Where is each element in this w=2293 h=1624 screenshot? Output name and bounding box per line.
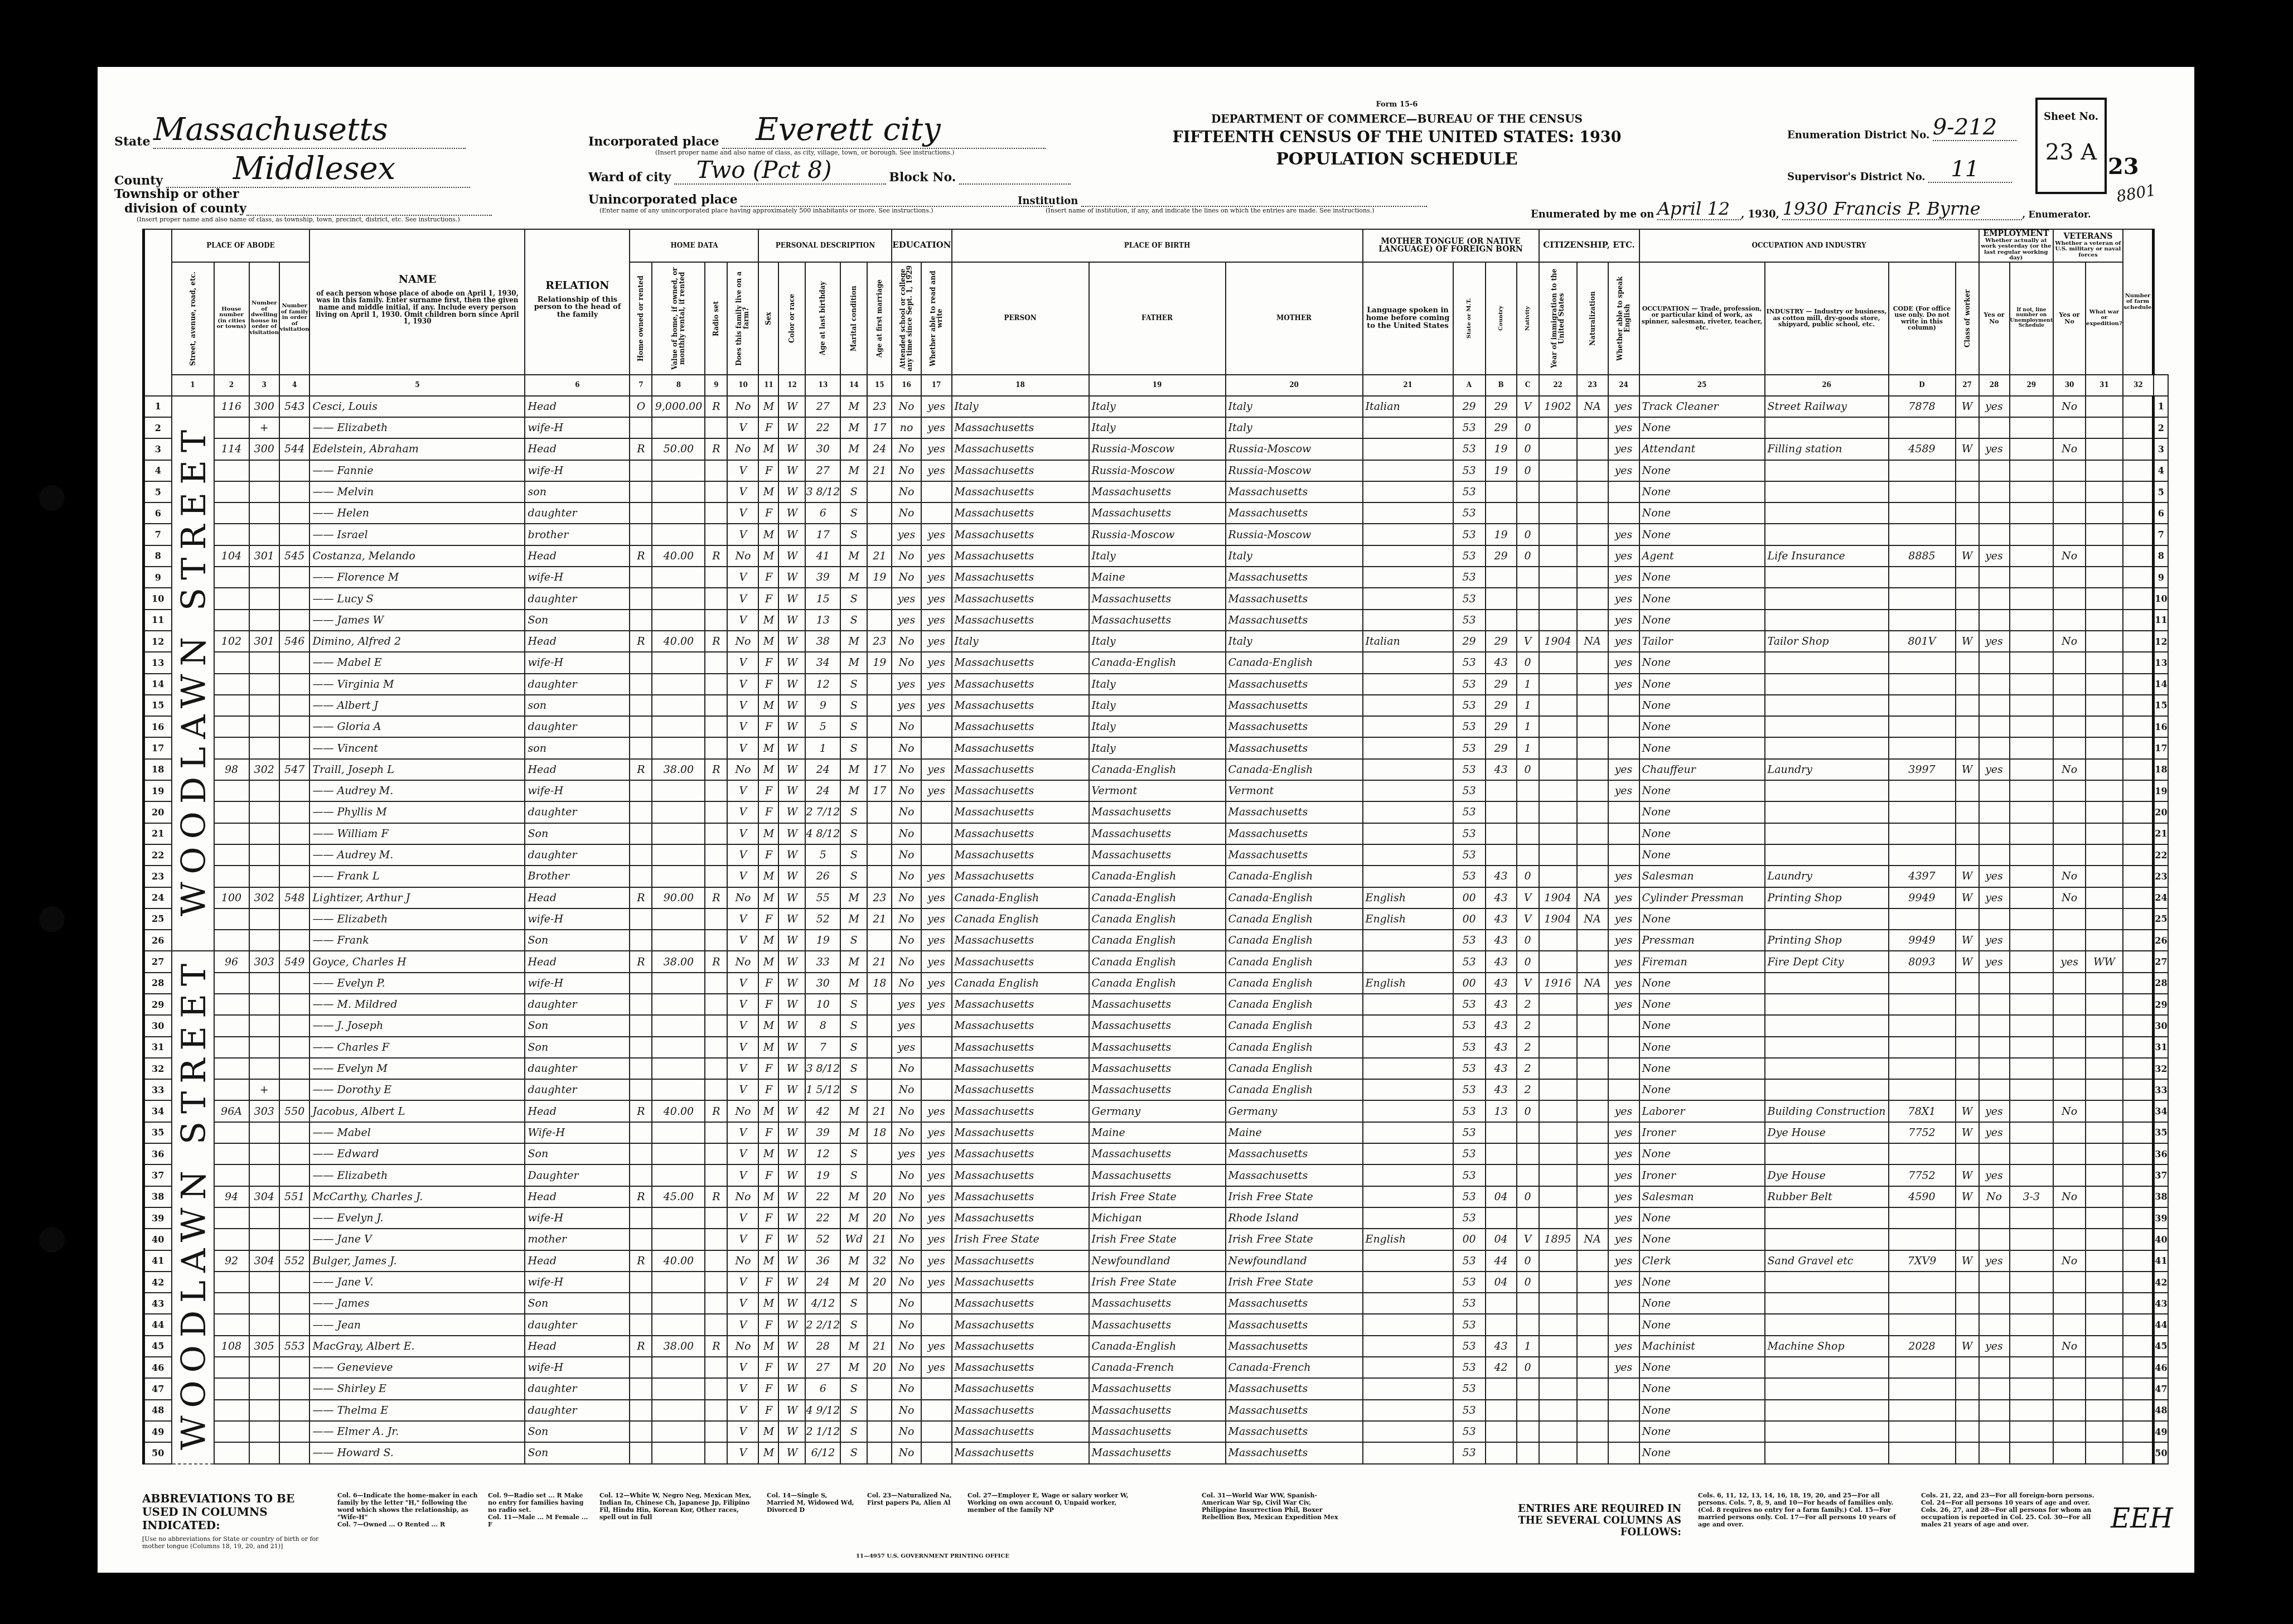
cell-code-a: 00 (1453, 1229, 1486, 1250)
cell-industry (1765, 1272, 1889, 1293)
cell-father: Italy (1089, 417, 1226, 438)
cell-industry (1765, 994, 1889, 1015)
cell-school: No (892, 930, 921, 951)
cell-age: 27 (805, 1357, 840, 1378)
cell-vet (2053, 1378, 2086, 1399)
cell-worker-class (1956, 1037, 1979, 1058)
cell-code-c: V (1517, 631, 1539, 652)
cell-owned: O (630, 396, 652, 417)
cell-name: Jacobus, Albert L (309, 1100, 525, 1122)
cell-father: Canada-English (1089, 1336, 1226, 1357)
column-number: 20 (1226, 375, 1363, 396)
cell-farm: V (727, 737, 758, 758)
cell-immigration (1539, 780, 1577, 801)
cell-read: yes (921, 994, 952, 1015)
cell-radio (705, 460, 727, 481)
cell-marital: M (840, 1250, 867, 1272)
cell-birth: Massachusetts (952, 545, 1089, 567)
cell-race: W (778, 1421, 805, 1442)
cell-employed (1979, 823, 2010, 844)
cell-race: W (778, 1100, 805, 1122)
cell-naturalization (1577, 866, 1608, 887)
cell-naturalization (1577, 801, 1608, 823)
table-row: 30—— J. JosephSonVMW8SyesMassachusettsMa… (144, 1015, 2168, 1036)
cell-emp-line (2010, 844, 2054, 866)
header-english: Whether able to speak English (1608, 262, 1639, 375)
header-worker-class: Class of worker (1956, 262, 1979, 375)
cell-naturalization (1577, 1293, 1608, 1314)
cell-birth: Irish Free State (952, 1229, 1089, 1250)
cell-age: 39 (805, 567, 840, 588)
cell-house (214, 652, 249, 673)
cell-tongue (1363, 567, 1453, 588)
cell-mother: Italy (1226, 396, 1363, 417)
cell-worker-class (1956, 460, 1979, 481)
cell-house (214, 1207, 249, 1229)
cell-mother: Canada English (1226, 1058, 1363, 1079)
line-number: 3 (144, 438, 172, 460)
cell-farm: V (727, 652, 758, 673)
cell-code-b: 19 (1486, 524, 1517, 545)
cell-read: yes (921, 1122, 952, 1143)
cell-dwelling (249, 1272, 280, 1293)
cell-house (214, 930, 249, 951)
cell-father: Canada English (1089, 951, 1226, 972)
table-row: 42—— Jane V.wife-HVFW24M20NoyesMassachus… (144, 1272, 2168, 1293)
block-label: Block No. (889, 170, 956, 185)
cell-marital: M (840, 1186, 867, 1207)
cell-race: W (778, 801, 805, 823)
cell-code-b: 29 (1486, 396, 1517, 417)
cell-employed (1979, 524, 2010, 545)
cell-tongue: Italian (1363, 631, 1453, 652)
cell-emp-line (2010, 973, 2054, 994)
cell-english (1608, 1037, 1639, 1058)
cell-relation: Head (525, 545, 630, 567)
cell-industry: Dye House (1765, 1122, 1889, 1143)
cell-value: 40.00 (652, 1100, 705, 1122)
cell-birth: Massachusetts (952, 801, 1089, 823)
cell-mother: Massachusetts (1226, 716, 1363, 737)
cell-age-marriage (867, 1037, 892, 1058)
cell-value: 45.00 (652, 1186, 705, 1207)
cell-read: yes (921, 610, 952, 631)
cell-birth: Massachusetts (952, 1421, 1089, 1442)
cell-name: MacGray, Albert E. (309, 1336, 525, 1357)
cell-sex: M (758, 1186, 778, 1207)
table-row: 39—— Evelyn J.wife-HVFW22M20NoyesMassach… (144, 1207, 2168, 1229)
cell-code-a: 53 (1453, 438, 1486, 460)
cell-vet-war (2086, 1207, 2123, 1229)
cell-birth: Massachusetts (952, 930, 1089, 951)
cell-radio (705, 1378, 727, 1399)
cell-marital: S (840, 930, 867, 951)
cell-house (214, 1229, 249, 1250)
cell-name: —— James W (309, 610, 525, 631)
cell-immigration (1539, 695, 1577, 716)
cell-tongue (1363, 1378, 1453, 1399)
cell-code-c: V (1517, 973, 1539, 994)
cell-value (652, 524, 705, 545)
cell-age-marriage (867, 502, 892, 524)
cell-race: W (778, 716, 805, 737)
cell-owned (630, 1015, 652, 1036)
cell-mother: Massachusetts (1226, 1143, 1363, 1164)
cell-school: No (892, 1100, 921, 1122)
cell-farm-sched (2123, 674, 2154, 695)
line-number: 1 (144, 396, 172, 417)
line-number: 27 (144, 951, 172, 972)
cell-worker-class (1956, 567, 1979, 588)
cell-vet-war (2086, 1229, 2123, 1250)
cell-age-marriage: 21 (867, 545, 892, 567)
cell-radio (705, 674, 727, 695)
cell-name: —— Elizabeth (309, 908, 525, 930)
cell-vet (2053, 1357, 2086, 1378)
cell-occ-code (1889, 1357, 1956, 1378)
cell-age-marriage: 19 (867, 652, 892, 673)
table-row: 31—— Charles FSonVMW7SyesMassachusettsMa… (144, 1037, 2168, 1058)
cell-tongue (1363, 1400, 1453, 1421)
column-number: 31 (2086, 375, 2123, 396)
cell-industry (1765, 460, 1889, 481)
cell-relation: Brother (525, 866, 630, 887)
cell-read (921, 823, 952, 844)
cell-dwelling (249, 652, 280, 673)
table-row: 1WOODLAWN STREET116300543Cesci, LouisHea… (144, 396, 2168, 417)
cell-radio (705, 567, 727, 588)
table-row: 33+—— Dorothy EdaughterVFW1 5/12SNoMassa… (144, 1079, 2168, 1100)
header-sex: Sex (758, 262, 778, 375)
cell-birth: Massachusetts (952, 1207, 1089, 1229)
cell-radio (705, 973, 727, 994)
cell-house (214, 695, 249, 716)
cell-sex: F (758, 417, 778, 438)
cell-farm: V (727, 481, 758, 502)
stamp-number: 23 (2108, 153, 2139, 180)
cell-school: No (892, 844, 921, 866)
cell-age: 17 (805, 524, 840, 545)
cell-mother: Canada-English (1226, 866, 1363, 887)
table-row: 10—— Lucy SdaughterVFW15SyesyesMassachus… (144, 588, 2168, 609)
cell-owned (630, 1079, 652, 1100)
cell-industry (1765, 1378, 1889, 1399)
cell-marital: S (840, 1442, 867, 1463)
cell-marital: S (840, 1143, 867, 1164)
line-number-header (144, 229, 172, 396)
table-row: 37—— ElizabethDaughterVFW19SNoyesMassach… (144, 1164, 2168, 1186)
cell-naturalization (1577, 1037, 1608, 1058)
cell-code-c (1517, 1143, 1539, 1164)
cell-naturalization (1577, 844, 1608, 866)
cell-relation: daughter (525, 502, 630, 524)
cell-owned (630, 1143, 652, 1164)
line-number-right: 4 (2154, 460, 2168, 481)
cell-immigration (1539, 502, 1577, 524)
cell-worker-class (1956, 1229, 1979, 1250)
column-number: 18 (952, 375, 1089, 396)
cell-tongue (1363, 417, 1453, 438)
cell-school: No (892, 1336, 921, 1357)
cell-father: Massachusetts (1089, 1421, 1226, 1442)
cell-house (214, 481, 249, 502)
cell-name: —— Elmer A. Jr. (309, 1421, 525, 1442)
column-number: 22 (1539, 375, 1577, 396)
cell-value: 38.00 (652, 951, 705, 972)
cell-code-b: 04 (1486, 1186, 1517, 1207)
cell-farm: V (727, 973, 758, 994)
cell-marital: S (840, 1079, 867, 1100)
cell-english: yes (1608, 674, 1639, 695)
cell-tongue (1363, 994, 1453, 1015)
cell-immigration (1539, 951, 1577, 972)
cell-farm: V (727, 908, 758, 930)
cell-occ-code: 9949 (1889, 887, 1956, 908)
cell-radio: R (705, 545, 727, 567)
cell-code-c (1517, 1442, 1539, 1463)
cell-occ-code (1889, 417, 1956, 438)
cell-age: 30 (805, 438, 840, 460)
cell-immigration (1539, 823, 1577, 844)
cell-english (1608, 1079, 1639, 1100)
cell-worker-class (1956, 652, 1979, 673)
cell-age: 26 (805, 866, 840, 887)
cell-dwelling: 303 (249, 951, 280, 972)
cell-employed (1979, 1143, 2010, 1164)
census-sheet: State Massachusetts County Middlesex Tow… (98, 67, 2194, 1573)
cell-naturalization (1577, 1186, 1608, 1207)
cell-vet-war (2086, 801, 2123, 823)
cell-mother: Vermont (1226, 780, 1363, 801)
cell-father: Massachusetts (1089, 481, 1226, 502)
cell-birth: Massachusetts (952, 866, 1089, 887)
cell-race: W (778, 481, 805, 502)
cell-code-c: 0 (1517, 1100, 1539, 1122)
cell-vet (2053, 1442, 2086, 1463)
cell-vet-war (2086, 1336, 2123, 1357)
cell-emp-line (2010, 737, 2054, 758)
sheet-value: 23 A (2038, 139, 2105, 165)
cell-worker-class (1956, 1207, 1979, 1229)
cell-school: No (892, 1207, 921, 1229)
cell-birth: Massachusetts (952, 695, 1089, 716)
header-education: EDUCATION (892, 229, 951, 262)
cell-radio: R (705, 759, 727, 780)
cell-age: 3 8/12 (805, 1058, 840, 1079)
cell-vet: No (2053, 1186, 2086, 1207)
cell-name: Edelstein, Abraham (309, 438, 525, 460)
cell-relation: Head (525, 396, 630, 417)
cell-marital: M (840, 417, 867, 438)
cell-mother: Canada English (1226, 951, 1363, 972)
column-number: D (1889, 375, 1956, 396)
cell-sex: F (758, 1378, 778, 1399)
table-row: 4192304552Bulger, James J.HeadR40.00NoMW… (144, 1250, 2168, 1272)
line-number: 17 (144, 737, 172, 758)
cell-mother: Canada-English (1226, 887, 1363, 908)
line-number: 9 (144, 567, 172, 588)
cell-school: No (892, 1314, 921, 1335)
cell-age-marriage (867, 1442, 892, 1463)
cell-immigration (1539, 674, 1577, 695)
cell-industry (1765, 1442, 1889, 1463)
cell-occ-code (1889, 588, 1956, 609)
cell-house (214, 1037, 249, 1058)
cell-dwelling: 300 (249, 396, 280, 417)
cell-immigration (1539, 844, 1577, 866)
cell-owned (630, 481, 652, 502)
cell-family (279, 417, 309, 438)
cell-code-b: 43 (1486, 973, 1517, 994)
cell-immigration (1539, 567, 1577, 588)
cell-worker-class (1956, 417, 1979, 438)
cell-tongue (1363, 1250, 1453, 1272)
cell-read: yes (921, 866, 952, 887)
cell-code-c: 1 (1517, 1336, 1539, 1357)
cell-house (214, 1143, 249, 1164)
cell-relation: Son (525, 1037, 630, 1058)
cell-mother: Newfoundland (1226, 1250, 1363, 1272)
ward-label: Ward of city (588, 170, 671, 185)
cell-family (279, 1122, 309, 1143)
cell-emp-line (2010, 1207, 2054, 1229)
cell-race: W (778, 1229, 805, 1250)
cell-tongue (1363, 1336, 1453, 1357)
cell-birth: Massachusetts (952, 844, 1089, 866)
cell-occupation: Clerk (1639, 1250, 1765, 1272)
cell-code-a: 53 (1453, 866, 1486, 887)
cell-english: yes (1608, 1100, 1639, 1122)
cell-sex: F (758, 1207, 778, 1229)
cell-immigration (1539, 481, 1577, 502)
cell-marital: S (840, 1400, 867, 1421)
cell-house (214, 823, 249, 844)
cell-code-c: 0 (1517, 930, 1539, 951)
cell-emp-line (2010, 1400, 2054, 1421)
line-number-right: 33 (2154, 1079, 2168, 1100)
cell-farm: V (727, 1058, 758, 1079)
cell-english: yes (1608, 545, 1639, 567)
cell-name: —— Melvin (309, 481, 525, 502)
cell-vet-war (2086, 545, 2123, 567)
cell-farm: V (727, 866, 758, 887)
line-number-right: 3 (2154, 438, 2168, 460)
column-number: 2 (214, 375, 249, 396)
cell-dwelling (249, 460, 280, 481)
cell-owned (630, 502, 652, 524)
cell-worker-class: W (1956, 545, 1979, 567)
line-number: 40 (144, 1229, 172, 1250)
header-home-data: HOME DATA (630, 229, 758, 262)
cell-sex: M (758, 1143, 778, 1164)
cell-vet-war (2086, 1272, 2123, 1293)
cell-marital: S (840, 524, 867, 545)
cell-age-marriage: 21 (867, 1100, 892, 1122)
cell-occupation: None (1639, 460, 1765, 481)
cell-immigration (1539, 1442, 1577, 1463)
cell-race: W (778, 631, 805, 652)
cell-father: Massachusetts (1089, 994, 1226, 1015)
cell-tongue (1363, 1122, 1453, 1143)
cell-immigration (1539, 759, 1577, 780)
cell-sex: M (758, 396, 778, 417)
table-row: 46—— Genevievewife-HVFW27M20NoyesMassach… (144, 1357, 2168, 1378)
cell-dwelling: 305 (249, 1336, 280, 1357)
cell-occ-code: 4589 (1889, 438, 1956, 460)
cell-vet (2053, 908, 2086, 930)
cell-name: —— Jane V (309, 1229, 525, 1250)
cell-family (279, 1378, 309, 1399)
cell-code-b (1486, 610, 1517, 631)
table-row: 3496A303550Jacobus, Albert LHeadR40.00RN… (144, 1100, 2168, 1122)
line-number: 10 (144, 588, 172, 609)
cell-race: W (778, 1164, 805, 1186)
line-number-right: 35 (2154, 1122, 2168, 1143)
cell-read: yes (921, 438, 952, 460)
cell-owned (630, 1421, 652, 1442)
cell-marital: Wd (840, 1229, 867, 1250)
cell-age-marriage: 21 (867, 460, 892, 481)
cell-school: No (892, 1058, 921, 1079)
cell-english: yes (1608, 887, 1639, 908)
cell-owned (630, 695, 652, 716)
cell-vet-war (2086, 973, 2123, 994)
header-name: NAMEof each person whose place of abode … (309, 229, 525, 375)
cell-employed (1979, 973, 2010, 994)
cell-relation: mother (525, 1229, 630, 1250)
table-row: 14—— Virginia MdaughterVFW12SyesyesMassa… (144, 674, 2168, 695)
table-row: 13—— Mabel Ewife-HVFW34M19NoyesMassachus… (144, 652, 2168, 673)
cell-tongue: English (1363, 887, 1453, 908)
cell-dwelling (249, 1378, 280, 1399)
cell-age-marriage (867, 1143, 892, 1164)
cell-race: W (778, 844, 805, 866)
cell-school: No (892, 1229, 921, 1250)
county-field: County Middlesex (114, 151, 470, 188)
cell-mother: Canada-French (1226, 1357, 1363, 1378)
cell-sex: F (758, 1164, 778, 1186)
column-number-spacer (2154, 375, 2168, 396)
cell-naturalization (1577, 951, 1608, 972)
cell-sex: F (758, 780, 778, 801)
cell-code-a: 53 (1453, 1442, 1486, 1463)
cell-marital: S (840, 1378, 867, 1399)
cell-house (214, 674, 249, 695)
cell-vet (2053, 1015, 2086, 1036)
cell-house (214, 1079, 249, 1100)
cell-tongue (1363, 545, 1453, 567)
cell-value: 40.00 (652, 1250, 705, 1272)
cell-mother: Irish Free State (1226, 1272, 1363, 1293)
cell-birth: Massachusetts (952, 460, 1089, 481)
cell-school: No (892, 823, 921, 844)
cell-age: 30 (805, 973, 840, 994)
cell-father: Canada-English (1089, 759, 1226, 780)
cell-occupation: None (1639, 1421, 1765, 1442)
cell-immigration (1539, 1100, 1577, 1122)
cell-relation: daughter (525, 844, 630, 866)
unincorporated-field: Unincorporated place (Enter name of any … (588, 192, 1053, 214)
line-number: 37 (144, 1164, 172, 1186)
cell-read (921, 716, 952, 737)
cell-age: 52 (805, 1229, 840, 1250)
cell-school: No (892, 1442, 921, 1463)
cell-naturalization (1577, 1164, 1608, 1186)
cell-sex: M (758, 1293, 778, 1314)
cell-occ-code: 8093 (1889, 951, 1956, 972)
cell-vet-war (2086, 1186, 2123, 1207)
column-number: 15 (867, 375, 892, 396)
